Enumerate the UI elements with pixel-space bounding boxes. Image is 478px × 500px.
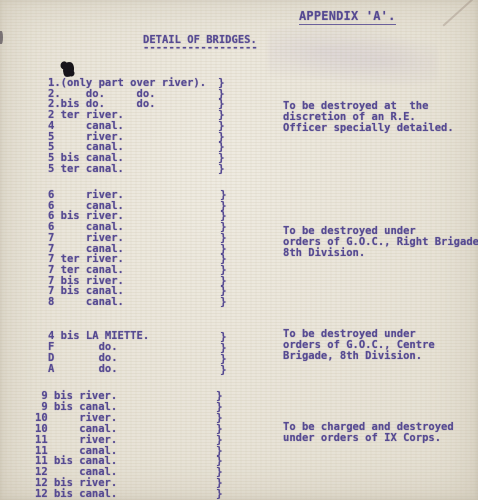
corner-pencil-line — [443, 0, 478, 26]
ink-ghost-smudge — [268, 28, 438, 86]
ink-blot — [62, 61, 75, 77]
brace-column-2: } } } } } } } } } } } — [220, 190, 227, 308]
paper-edge-mark — [0, 31, 3, 44]
appendix-title: APPENDIX 'A'. — [299, 10, 396, 25]
order-note-2: To be destroyed under orders of G.O.C., … — [283, 226, 478, 259]
brace-column-4: } } } } } } } } } } — [216, 391, 223, 500]
brace-column-3: } } } } — [220, 331, 227, 375]
bridge-list-3: 4 bis LA MIETTE. F do. D do. A do. — [48, 331, 149, 375]
order-note-1: To be destroyed at the discretion of an … — [283, 101, 454, 134]
order-note-3: To be destroyed under orders of G.O.C., … — [283, 329, 435, 362]
bridge-list-2: 6 river. 6 canal. 6 bis river. 6 canal. … — [48, 190, 124, 308]
order-note-4: To be charged and destroyed under orders… — [283, 422, 454, 444]
document-page: APPENDIX 'A'. DETAIL OF BRIDGES. -------… — [0, 0, 478, 500]
brace-column-1: } } } } } } } } } — [218, 78, 225, 174]
bridge-list-4: 9 bis river. 9 bis canal. 10 river. 10 c… — [35, 391, 117, 500]
page-title-underline: ------------------ — [143, 43, 258, 54]
bridge-list-1: 1.(only part over river). 2. do. do. 2.b… — [48, 78, 206, 174]
